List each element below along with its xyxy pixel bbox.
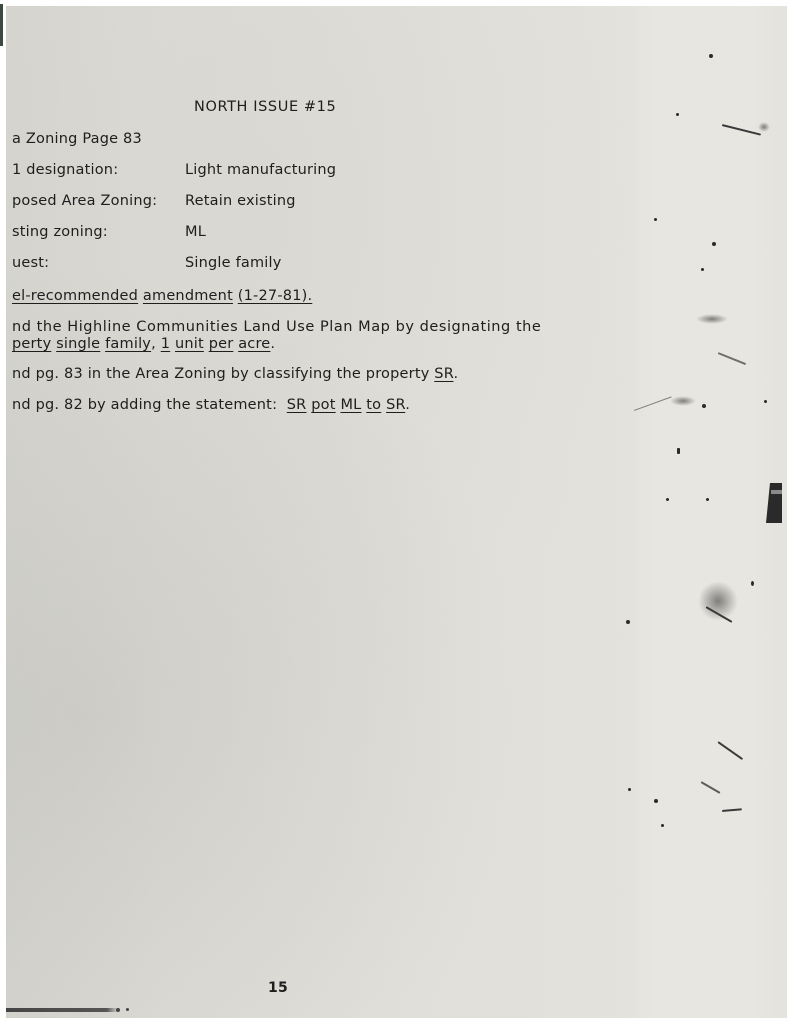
speck — [654, 218, 657, 221]
speck — [701, 268, 704, 271]
bottom-edge-mark — [6, 1008, 118, 1012]
amendment-heading-part: amendment — [143, 288, 233, 304]
smudge — [696, 314, 728, 324]
speck — [661, 824, 664, 827]
underlined-word: single — [56, 336, 100, 352]
binding-mark — [0, 4, 3, 46]
plan-designation-value: Light manufacturing — [185, 162, 336, 178]
paragraph-text: nd pg. 83 in the Area Zoning by classify… — [12, 366, 434, 382]
amendment-paragraph-2: nd pg. 83 in the Area Zoning by classify… — [12, 366, 458, 382]
scanned-page: NORTH ISSUE #15 a Zoning Page 83 1 desig… — [6, 6, 787, 1018]
document-title: NORTH ISSUE #15 — [194, 99, 336, 115]
underlined-word: perty — [12, 336, 51, 352]
existing-zoning-value: ML — [185, 224, 206, 240]
plan-designation-label: 1 designation: — [12, 162, 118, 178]
speck — [764, 400, 767, 403]
speck — [628, 788, 631, 791]
underlined-word: unit — [175, 336, 204, 352]
smudge — [758, 122, 770, 132]
speck — [751, 581, 754, 586]
speck — [654, 799, 658, 803]
request-value: Single family — [185, 255, 282, 271]
amendment-paragraph-1-line-2: perty single family, 1 unit per acre. — [12, 336, 275, 352]
area-zoning-page-label: a Zoning Page 83 — [12, 131, 142, 147]
speck — [666, 498, 669, 501]
underlined-word: SR — [287, 397, 307, 413]
request-label: uest: — [12, 255, 49, 271]
underlined-word: acre — [238, 336, 270, 352]
paragraph-text: nd pg. 82 by adding the statement: — [12, 397, 287, 413]
speck — [702, 404, 706, 408]
underlined-word: to — [366, 397, 381, 413]
punctuation: . — [453, 366, 458, 382]
page-edge-tab-stripe — [771, 490, 782, 494]
edge-dot — [116, 1008, 120, 1012]
speck — [706, 498, 709, 501]
paper-shading — [626, 6, 776, 1018]
punctuation: . — [270, 336, 275, 352]
edge-dot — [126, 1008, 129, 1011]
amendment-paragraph-3: nd pg. 82 by adding the statement: SR po… — [12, 397, 410, 413]
punctuation: , — [151, 336, 156, 352]
underlined-word: SR — [386, 397, 405, 413]
speck — [712, 242, 716, 246]
speck — [676, 113, 679, 116]
underlined-word: pot — [311, 397, 335, 413]
existing-zoning-label: sting zoning: — [12, 224, 108, 240]
smudge — [670, 396, 696, 406]
underlined-word: SR — [434, 366, 453, 382]
underlined-word: per — [209, 336, 234, 352]
underlined-word: family — [105, 336, 151, 352]
speck — [626, 620, 630, 624]
underlined-word: ML — [340, 397, 361, 413]
amendment-heading-part: el-recommended — [12, 288, 138, 304]
punctuation: . — [405, 397, 410, 413]
amendment-heading: el-recommended amendment (1-27-81). — [12, 288, 312, 304]
amendment-heading-date: (1-27-81). — [238, 288, 313, 304]
page-number: 15 — [268, 980, 288, 996]
underlined-word: 1 — [161, 336, 170, 352]
speck — [709, 54, 713, 58]
proposed-area-zoning-value: Retain existing — [185, 193, 296, 209]
speck — [677, 448, 680, 454]
amendment-paragraph-1-line-1: nd the Highline Communities Land Use Pla… — [12, 319, 541, 335]
proposed-area-zoning-label: posed Area Zoning: — [12, 193, 157, 209]
